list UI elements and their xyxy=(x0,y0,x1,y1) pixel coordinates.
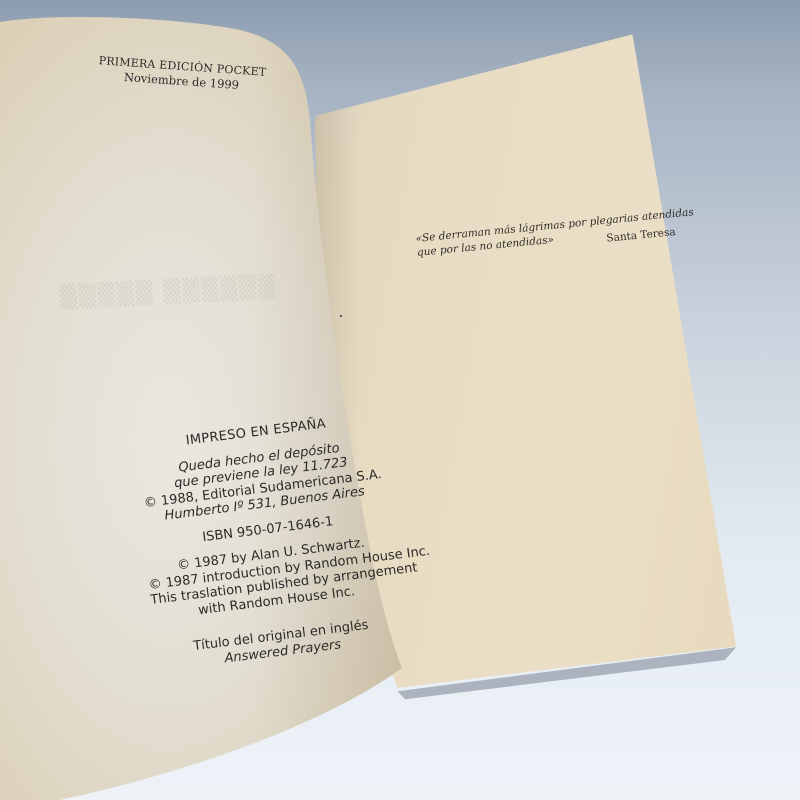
book-photo-scene: «Se derraman más lágrimas por plegarias … xyxy=(0,0,800,800)
paper-speck xyxy=(340,315,342,317)
imprint-block: IMPRESO EN ESPAÑA Queda hecho el depósit… xyxy=(131,410,408,675)
